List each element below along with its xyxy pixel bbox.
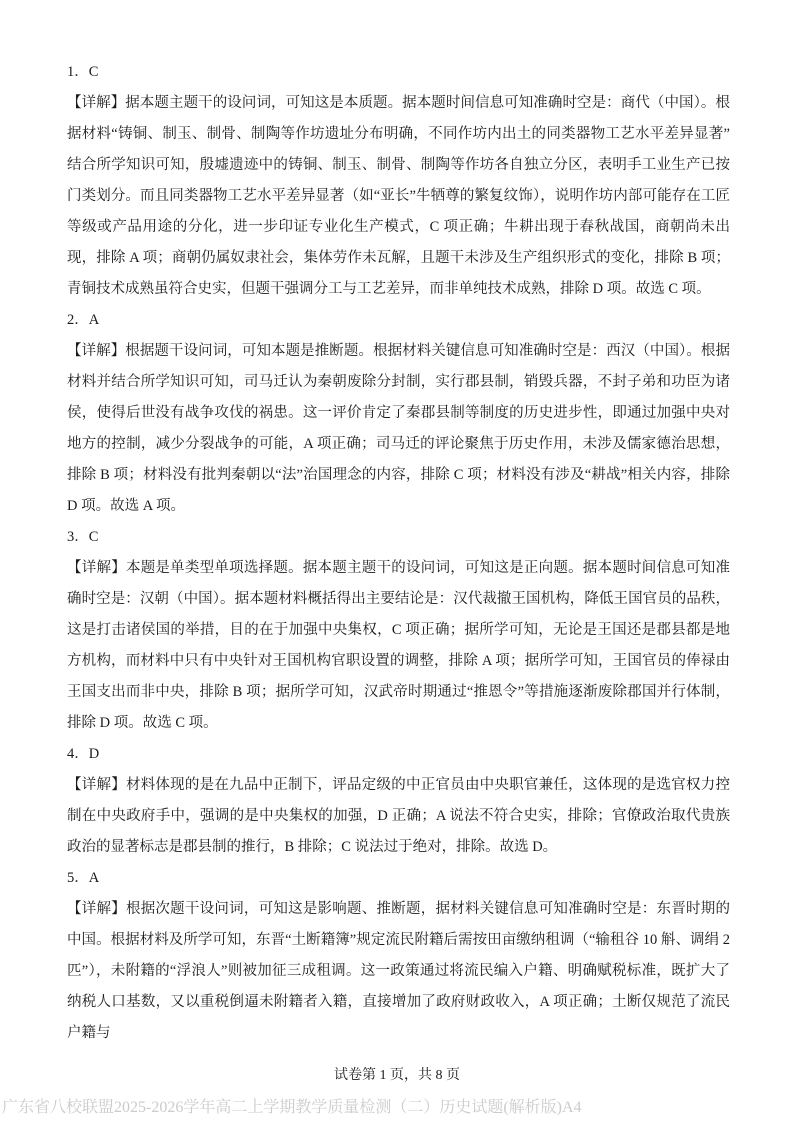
answer-item: 5．A 【详解】根据次题干设问词，可知这是影响题、推断题，据材料关键信息可知准确… xyxy=(67,863,730,1049)
answer-label: 1．C xyxy=(67,57,730,88)
answer-label: 3．C xyxy=(67,522,730,553)
document-page: 1．C 【详解】据本题主题干的设问词，可知这是本质题。据本题时间信息可知准确时空… xyxy=(0,0,794,1123)
answer-list: 1．C 【详解】据本题主题干的设问词，可知这是本质题。据本题时间信息可知准确时空… xyxy=(67,57,730,1049)
watermark-title: 广东省八校联盟2025-2026学年高二上学期教学质量检测（二）历史试题(解析版… xyxy=(2,1096,582,1120)
explanation-paragraph: 【详解】据本题主题干的设问词，可知这是本质题。据本题时间信息可知准确时空是：商代… xyxy=(67,88,730,305)
page-footer: 试卷第 1 页，共 8 页 xyxy=(0,1066,794,1086)
answer-item: 2．A 【详解】根据题干设问词，可知本题是推断题。根据材料关键信息可知准确时空是… xyxy=(67,305,730,522)
answer-label: 2．A xyxy=(67,305,730,336)
explanation-paragraph: 【详解】根据次题干设问词，可知这是影响题、推断题，据材料关键信息可知准确时空是：… xyxy=(67,894,730,1049)
explanation-paragraph: 【详解】根据题干设问词，可知本题是推断题。根据材料关键信息可知准确时空是：西汉（… xyxy=(67,336,730,522)
explanation-paragraph: 【详解】本题是单类型单项选择题。据本题主题干的设问词，可知这是正向题。据本题时间… xyxy=(67,553,730,739)
answer-item: 4．D 【详解】材料体现的是在九品中正制下，评品定级的中正官员由中央职官兼任，这… xyxy=(67,739,730,863)
explanation-paragraph: 【详解】材料体现的是在九品中正制下，评品定级的中正官员由中央职官兼任，这体现的是… xyxy=(67,770,730,863)
answer-label: 5．A xyxy=(67,863,730,894)
answer-label: 4．D xyxy=(67,739,730,770)
answer-item: 3．C 【详解】本题是单类型单项选择题。据本题主题干的设问词，可知这是正向题。据… xyxy=(67,522,730,739)
page-number: 试卷第 1 页，共 8 页 xyxy=(334,1068,460,1083)
answer-item: 1．C 【详解】据本题主题干的设问词，可知这是本质题。据本题时间信息可知准确时空… xyxy=(67,57,730,305)
